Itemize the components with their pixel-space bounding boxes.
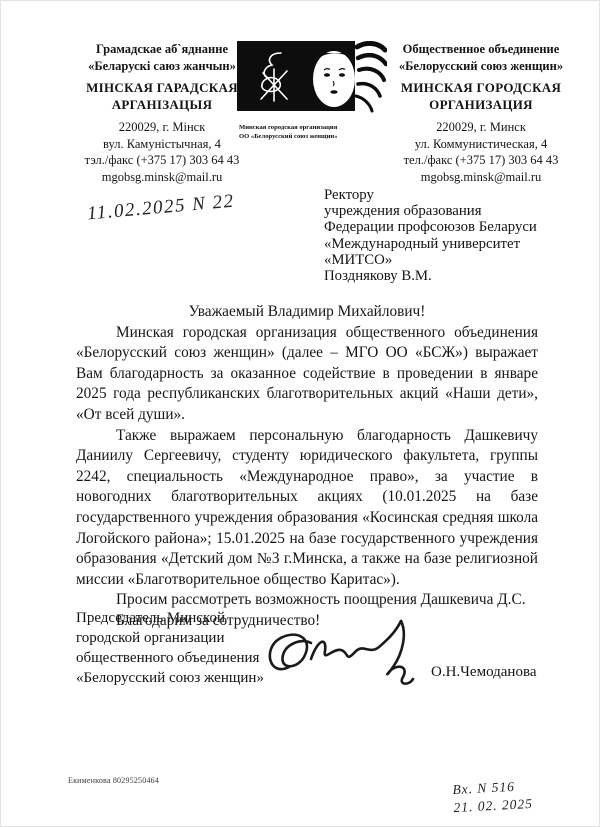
salutation: Уважаемый Владимир Михайлович! — [76, 302, 538, 323]
address-street-ru: ул. Коммунистическая, 4 — [377, 136, 585, 153]
handwritten-ref-number: 11.02.2025 N 22 — [86, 191, 235, 226]
signer-title-line: «Белорусский союз женщин» — [76, 668, 264, 688]
signer-title-line: Председатель Минской — [76, 608, 264, 628]
org-type-ru: Общественное объединение — [377, 41, 585, 58]
handwritten-signature — [259, 607, 427, 700]
logo-caption: Минская городская организация ОО «Белору… — [237, 124, 389, 141]
paragraph-1: Минская городская организация общественн… — [76, 323, 538, 426]
signer-name: О.Н.Чемоданова — [431, 664, 537, 681]
recipient-line: «Международный университет — [324, 236, 537, 252]
org-branch-ru-1: МИНСКАЯ ГОРОДСКАЯ — [377, 80, 585, 97]
recipient-block: Ректору учреждения образования Федерации… — [324, 187, 537, 284]
letter-page: Грамадскае аб`яднанне «Беларускі саюз жа… — [0, 0, 600, 827]
logo-caption-line1: Минская городская организация — [239, 124, 389, 133]
organization-logo: Минская городская организация ОО «Белору… — [237, 41, 389, 141]
recipient-line: Позднякову В.М. — [324, 268, 537, 284]
signer-title-line: общественного объединения — [76, 648, 264, 668]
phone-by: тэл./факс (+375 17) 303 64 43 — [53, 152, 271, 169]
address-city-ru: 220029, г. Минск — [377, 119, 585, 136]
letterhead-right: Общественное объединение «Белорусский со… — [377, 41, 585, 185]
signature-icon — [259, 607, 427, 695]
email-ru: mgobsg.minsk@mail.ru — [377, 169, 585, 186]
recipient-line: учреждения образования — [324, 203, 537, 219]
executor-contact: Екименкова 80295250464 — [68, 776, 159, 785]
incoming-date: 21. 02. 2025 — [453, 795, 533, 817]
recipient-line: Федерации профсоюзов Беларуси — [324, 219, 537, 235]
logo-caption-line2: ОО «Белорусский союз женщин» — [239, 133, 389, 142]
letter-body: Уважаемый Владимир Михайлович! Минская г… — [76, 302, 538, 632]
org-branch-ru-2: ОРГАНИЗАЦИЯ — [377, 97, 585, 114]
phone-ru: тел./факс (+375 17) 303 64 43 — [377, 152, 585, 169]
signer-title: Председатель Минской городской организац… — [76, 608, 264, 688]
bsz-logo-icon — [237, 41, 387, 117]
recipient-line: Ректору — [324, 187, 537, 203]
recipient-line: «МИТСО» — [324, 252, 537, 268]
signer-title-line: городской организации — [76, 628, 264, 648]
paragraph-2: Также выражаем персональную благодарност… — [76, 426, 538, 591]
incoming-stamp: Вх. N 516 21. 02. 2025 — [452, 777, 533, 817]
email-by: mgobsg.minsk@mail.ru — [53, 169, 271, 186]
org-name-ru: «Белорусский союз женщин» — [377, 58, 585, 75]
